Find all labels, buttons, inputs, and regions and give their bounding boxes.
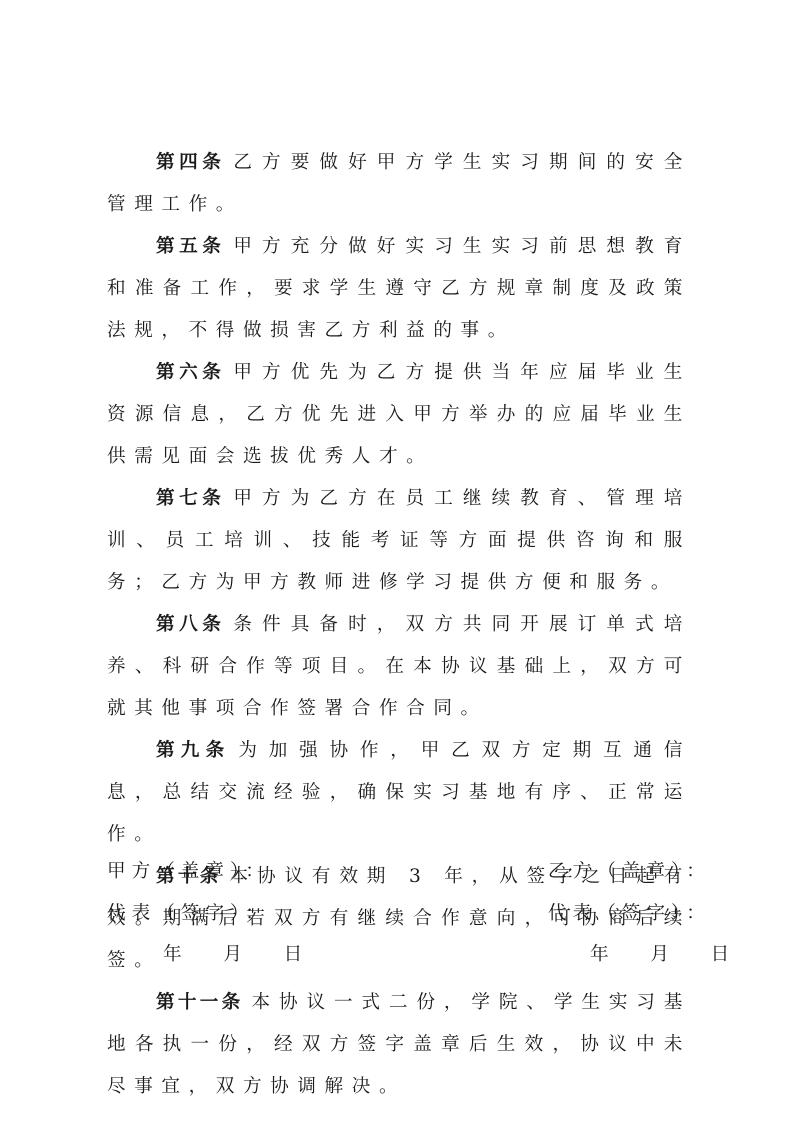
party-a-seal-label: 甲方（盖章）： [107, 857, 270, 883]
article-5: 第五条甲方充分做好实习生实习前思想教育和准备工作，要求学生遵守乙方规章制度及政策… [107, 226, 691, 352]
article-9: 第九条为加强协作，甲乙双方定期互通信息，总结交流经验，确保实习基地有序、正常运作… [107, 730, 691, 856]
article-7: 第七条甲方为乙方在员工继续教育、管理培训、员工培训、技能考证等方面提供咨询和服务… [107, 478, 691, 604]
party-b-rep-label: 代表（签字）： [548, 899, 711, 925]
article-11: 第十一条本协议一式二份，学院、学生实习基地各执一份，经双方签字盖章后生效，协议中… [107, 982, 691, 1108]
party-a-rep-label: 代表（签字）： [107, 899, 270, 925]
article-6: 第六条甲方优先为乙方提供当年应届毕业生资源信息，乙方优先进入甲方举办的应届毕业生… [107, 352, 691, 478]
party-b-seal-label: 乙方（盖章）： [548, 857, 711, 883]
article-heading: 第十一条 [156, 992, 244, 1013]
party-a-date-label: 年 月 日 [163, 940, 308, 966]
article-8: 第八条条件具备时，双方共同开展订单式培养、科研合作等项目。在本协议基础上，双方可… [107, 604, 691, 730]
party-b-date-label: 年 月 日 [590, 940, 735, 966]
article-heading: 第四条 [156, 152, 225, 173]
article-4: 第四条乙方要做好甲方学生实习期间的安全管理工作。 [107, 142, 691, 226]
article-heading: 第九条 [156, 740, 230, 761]
article-heading: 第五条 [156, 236, 225, 257]
article-heading: 第八条 [156, 614, 225, 635]
article-heading: 第七条 [156, 488, 225, 509]
article-heading: 第六条 [156, 362, 225, 383]
document-page: 第四条乙方要做好甲方学生实习期间的安全管理工作。 第五条甲方充分做好实习生实习前… [0, 0, 794, 1122]
